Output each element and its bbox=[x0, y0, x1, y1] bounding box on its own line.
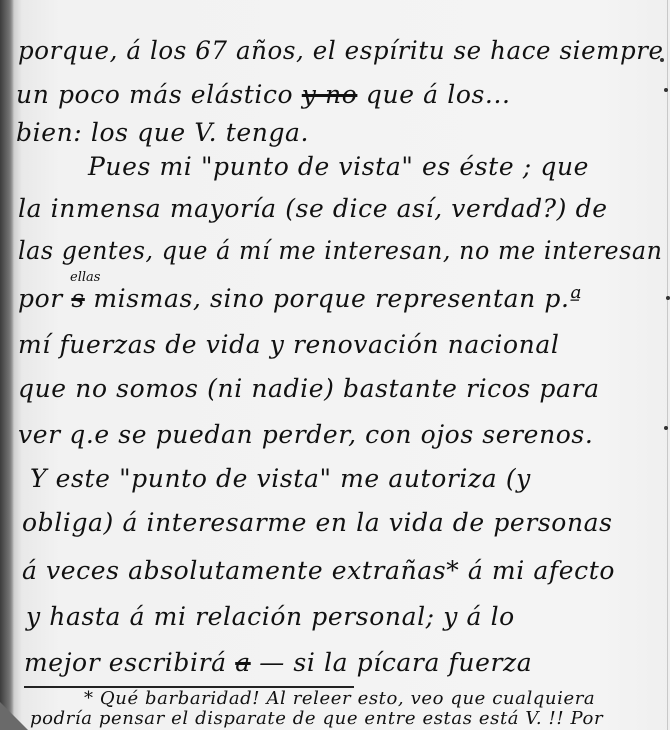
handwritten-page: porque, á los 67 años, el espíritu se ha… bbox=[0, 0, 670, 730]
manuscript-line-15: mejor escribirá a — si la pícara fuerza bbox=[24, 648, 532, 677]
manuscript-line-9: que no somos (ni nadie) bastante ricos p… bbox=[18, 374, 600, 403]
manuscript-line-10: ver q.e se puedan perder, con ojos seren… bbox=[18, 420, 593, 449]
line-15-text-before: mejor escribirá bbox=[24, 648, 235, 677]
manuscript-line-2: un poco más elástico y no que á los... bbox=[16, 80, 511, 109]
margin-mark bbox=[664, 426, 668, 430]
manuscript-line-11: Y este "punto de vista" me autoriza (y bbox=[30, 464, 531, 493]
line-2-text-after: que á los... bbox=[357, 80, 510, 109]
struck-out-word: y no bbox=[302, 80, 358, 109]
manuscript-line-13: á veces absolutamente extrañas* á mi afe… bbox=[22, 556, 615, 585]
struck-out-mark: a bbox=[235, 648, 251, 677]
manuscript-line-4-paragraph-start: Pues mi "punto de vista" es éste ; que bbox=[88, 152, 589, 181]
letter-scan: porque, á los 67 años, el espíritu se ha… bbox=[0, 0, 670, 730]
manuscript-line-7: por s mismas, sino porque representan p.… bbox=[18, 284, 582, 313]
footnote-line-1: * Qué barbaridad! Al releer esto, veo qu… bbox=[84, 688, 595, 709]
manuscript-line-3: bien: los que V. tenga. bbox=[16, 118, 309, 147]
manuscript-line-8: mí fuerzas de vida y renovación nacional bbox=[18, 330, 559, 359]
line-7-text-after: mismas, sino porque representan p.ª bbox=[85, 284, 582, 313]
line-15-text-after: — si la pícara fuerza bbox=[251, 648, 533, 677]
margin-mark bbox=[660, 58, 664, 62]
manuscript-line-14: y hasta á mi relación personal; y á lo bbox=[26, 602, 515, 631]
line-2-text-before: un poco más elástico bbox=[16, 80, 302, 109]
manuscript-line-12: obliga) á interesarme en la vida de pers… bbox=[22, 508, 613, 537]
manuscript-line-5: la inmensa mayoría (se dice así, verdad?… bbox=[18, 194, 608, 223]
struck-out-letter: s bbox=[71, 284, 84, 313]
footnote-line-2: podría pensar el disparate de que entre … bbox=[30, 708, 603, 729]
margin-mark bbox=[664, 88, 668, 92]
margin-mark bbox=[666, 296, 670, 300]
manuscript-line-1: porque, á los 67 años, el espíritu se ha… bbox=[18, 36, 664, 65]
interlinear-insertion: ellas bbox=[70, 270, 100, 285]
manuscript-line-6: las gentes, que á mí me interesan, no me… bbox=[18, 236, 663, 265]
line-7-text-before: por bbox=[18, 284, 71, 313]
